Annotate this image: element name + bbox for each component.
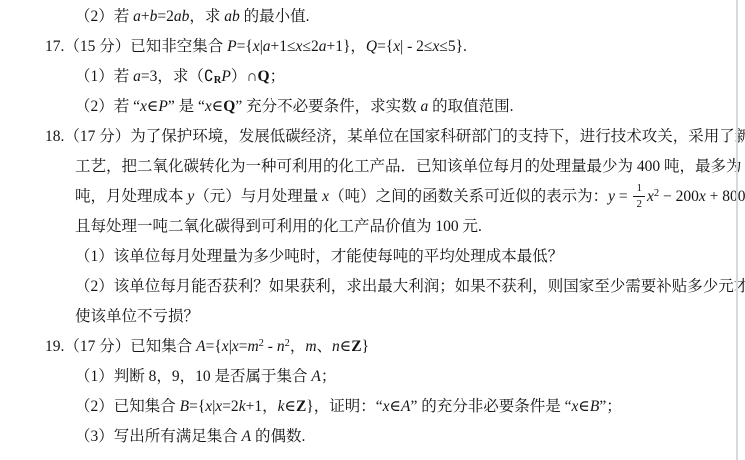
- text-segment: 工艺，把二氧化碳转化为一种可利用的化工产品．已知该单位每月的处理量最少为 400…: [75, 158, 745, 175]
- text-segment: ={: [377, 38, 393, 55]
- text-segment: ” 充分不必要条件，求实数: [235, 98, 420, 115]
- text-segment: （2）已知集合: [75, 398, 180, 415]
- text-segment: ；: [270, 68, 286, 85]
- text-segment: A: [196, 338, 205, 355]
- text-segment: +1}，: [326, 38, 365, 55]
- text-segment: +: [141, 8, 150, 25]
- text-segment: ；: [321, 368, 337, 385]
- text-segment: x: [232, 338, 239, 355]
- text-line: （2）若 a+b=2ab，求 ab 的最小值.: [0, 2, 745, 32]
- text-segment: y: [608, 188, 615, 205]
- text-segment: 的取值范围.: [428, 98, 513, 115]
- text-segment: （元）与月处理量: [194, 188, 322, 205]
- text-line: 且每处理一吨二氧化碳得到可利用的化工产品价值为 100 元.: [0, 212, 745, 242]
- text-segment: ≤2: [302, 38, 318, 55]
- text-line: 使该单位不亏损？: [0, 302, 745, 332]
- text-segment: 吨，月处理成本: [75, 188, 187, 205]
- text-segment: + 80000，: [706, 188, 745, 205]
- text-line: （1）该单位每月处理量为多少吨时，才能使每吨的平均处理成本最低？: [0, 242, 745, 272]
- text-segment: }，证明：“: [306, 398, 382, 415]
- text-segment: P: [227, 38, 236, 55]
- text-segment: =: [615, 188, 632, 205]
- text-line: （1）判断 8，9，10 是否属于集合 A；: [0, 362, 745, 392]
- text-segment: 18.（17 分）为了保护环境，发展低碳经济，某单位在国家科研部门的支持下，进行…: [45, 128, 745, 145]
- text-segment: Z: [296, 398, 306, 415]
- text-segment: B: [180, 398, 189, 415]
- fraction: 12: [633, 182, 645, 211]
- text-segment: a: [263, 38, 271, 55]
- text-segment: +1≤: [271, 38, 296, 55]
- text-segment: }: [362, 338, 369, 355]
- text-segment: ” 的充分非必要条件是 “: [410, 398, 571, 415]
- text-segment: m: [247, 338, 258, 355]
- text-line: （2）已知集合 B={x|x=2k+1，k∈Z}，证明：“x∈A” 的充分非必要…: [0, 392, 745, 422]
- page-right-border: [736, 0, 738, 460]
- text-segment: ” 是 “: [168, 98, 205, 115]
- text-segment: ∈: [578, 398, 589, 415]
- text-line: （3）写出所有满足集合 A 的偶数.: [0, 422, 745, 452]
- text-segment: Q: [258, 68, 270, 85]
- text-segment: （1）若: [75, 68, 133, 85]
- text-segment: （2）若: [75, 8, 133, 25]
- text-line: （2）该单位每月能否获利？如果获利，求出最大利润；如果不获利，则国家至少需要补贴…: [0, 272, 745, 302]
- text-segment: | - 2≤: [400, 38, 432, 55]
- text-line: 18.（17 分）为了保护环境，发展低碳经济，某单位在国家科研部门的支持下，进行…: [0, 122, 745, 152]
- text-segment: x: [253, 38, 260, 55]
- text-segment: ，: [290, 338, 306, 355]
- text-segment: （吨）之间的函数关系可近似的表示为：: [329, 188, 608, 205]
- text-segment: A: [242, 428, 251, 445]
- fraction-denominator: 2: [633, 197, 645, 211]
- fraction-numerator: 1: [633, 182, 645, 197]
- text-segment: （2）若 “: [75, 98, 140, 115]
- text-segment: ≤5}.: [439, 38, 467, 55]
- text-segment: P: [221, 68, 230, 85]
- text-segment: A: [311, 368, 320, 385]
- text-segment: （1）该单位每月处理量为多少吨时，才能使每吨的平均处理成本最低？: [75, 248, 563, 265]
- exam-text-block: （2）若 a+b=2ab，求 ab 的最小值.17.（15 分）已知非空集合 P…: [0, 2, 745, 452]
- text-segment: ∈: [284, 398, 295, 415]
- text-segment: ={: [206, 338, 222, 355]
- text-segment: ={: [189, 398, 205, 415]
- text-segment: =3，求（∁: [141, 68, 214, 85]
- text-line: 19.（17 分）已知集合 A={x|x=m2 - n2，m、n∈Z}: [0, 332, 745, 362]
- text-segment: （2）该单位每月能否获利？如果获利，求出最大利润；如果不获利，则国家至少需要补贴…: [75, 278, 745, 295]
- text-segment: ，求: [189, 8, 224, 25]
- text-segment: ）∩: [231, 68, 258, 85]
- text-segment: a: [133, 68, 141, 85]
- text-segment: x: [205, 98, 212, 115]
- text-segment: ab: [224, 8, 240, 25]
- text-segment: Q: [366, 38, 377, 55]
- text-segment: m: [305, 338, 316, 355]
- text-segment: x: [647, 188, 654, 205]
- text-segment: （3）写出所有满足集合: [75, 428, 242, 445]
- text-segment: ∈: [212, 98, 223, 115]
- document-page: （2）若 a+b=2ab，求 ab 的最小值.17.（15 分）已知非空集合 P…: [0, 0, 745, 460]
- text-line: 工艺，把二氧化碳转化为一种可利用的化工产品．已知该单位每月的处理量最少为 400…: [0, 152, 745, 182]
- text-segment: =2: [157, 8, 174, 25]
- text-line: （2）若 “x∈P” 是 “x∈Q” 充分不必要条件，求实数 a 的取值范围.: [0, 92, 745, 122]
- text-segment: n: [277, 338, 285, 355]
- text-segment: （1）判断 8，9，10 是否属于集合: [75, 368, 311, 385]
- text-segment: P: [158, 98, 167, 115]
- text-segment: ab: [174, 8, 190, 25]
- text-segment: 、: [317, 338, 333, 355]
- text-segment: x: [699, 188, 706, 205]
- text-segment: 的偶数.: [251, 428, 305, 445]
- text-segment: 19.（17 分）已知集合: [45, 338, 196, 355]
- text-line: 吨，月处理成本 y（元）与月处理量 x（吨）之间的函数关系可近似的表示为：y =…: [0, 182, 745, 212]
- text-segment: 17.（15 分）已知非空集合: [45, 38, 227, 55]
- text-segment: 且每处理一吨二氧化碳得到可利用的化工产品价值为 100 元.: [75, 218, 482, 235]
- text-segment: a: [133, 8, 141, 25]
- text-segment: ∈: [340, 338, 351, 355]
- text-segment: 的最小值.: [240, 8, 310, 25]
- text-segment: -: [264, 338, 277, 355]
- text-segment: n: [332, 338, 340, 355]
- text-segment: ∈: [390, 398, 401, 415]
- text-segment: B: [590, 398, 599, 415]
- text-segment: k: [239, 398, 246, 415]
- text-segment: x: [383, 398, 390, 415]
- text-line: （1）若 a=3，求（∁RP）∩Q；: [0, 62, 745, 92]
- text-segment: ”；: [599, 398, 621, 415]
- text-line: 17.（15 分）已知非空集合 P={x|a+1≤x≤2a+1}，Q={x| -…: [0, 32, 745, 62]
- text-segment: x: [222, 338, 229, 355]
- text-segment: 使该单位不亏损？: [75, 308, 199, 325]
- text-segment: ={: [237, 38, 253, 55]
- text-segment: Q: [223, 98, 235, 115]
- text-segment: +1，: [246, 398, 278, 415]
- text-segment: − 200: [659, 188, 699, 205]
- text-segment: =2: [222, 398, 239, 415]
- text-segment: Z: [351, 338, 361, 355]
- text-segment: ∈: [147, 98, 158, 115]
- text-segment: x: [140, 98, 147, 115]
